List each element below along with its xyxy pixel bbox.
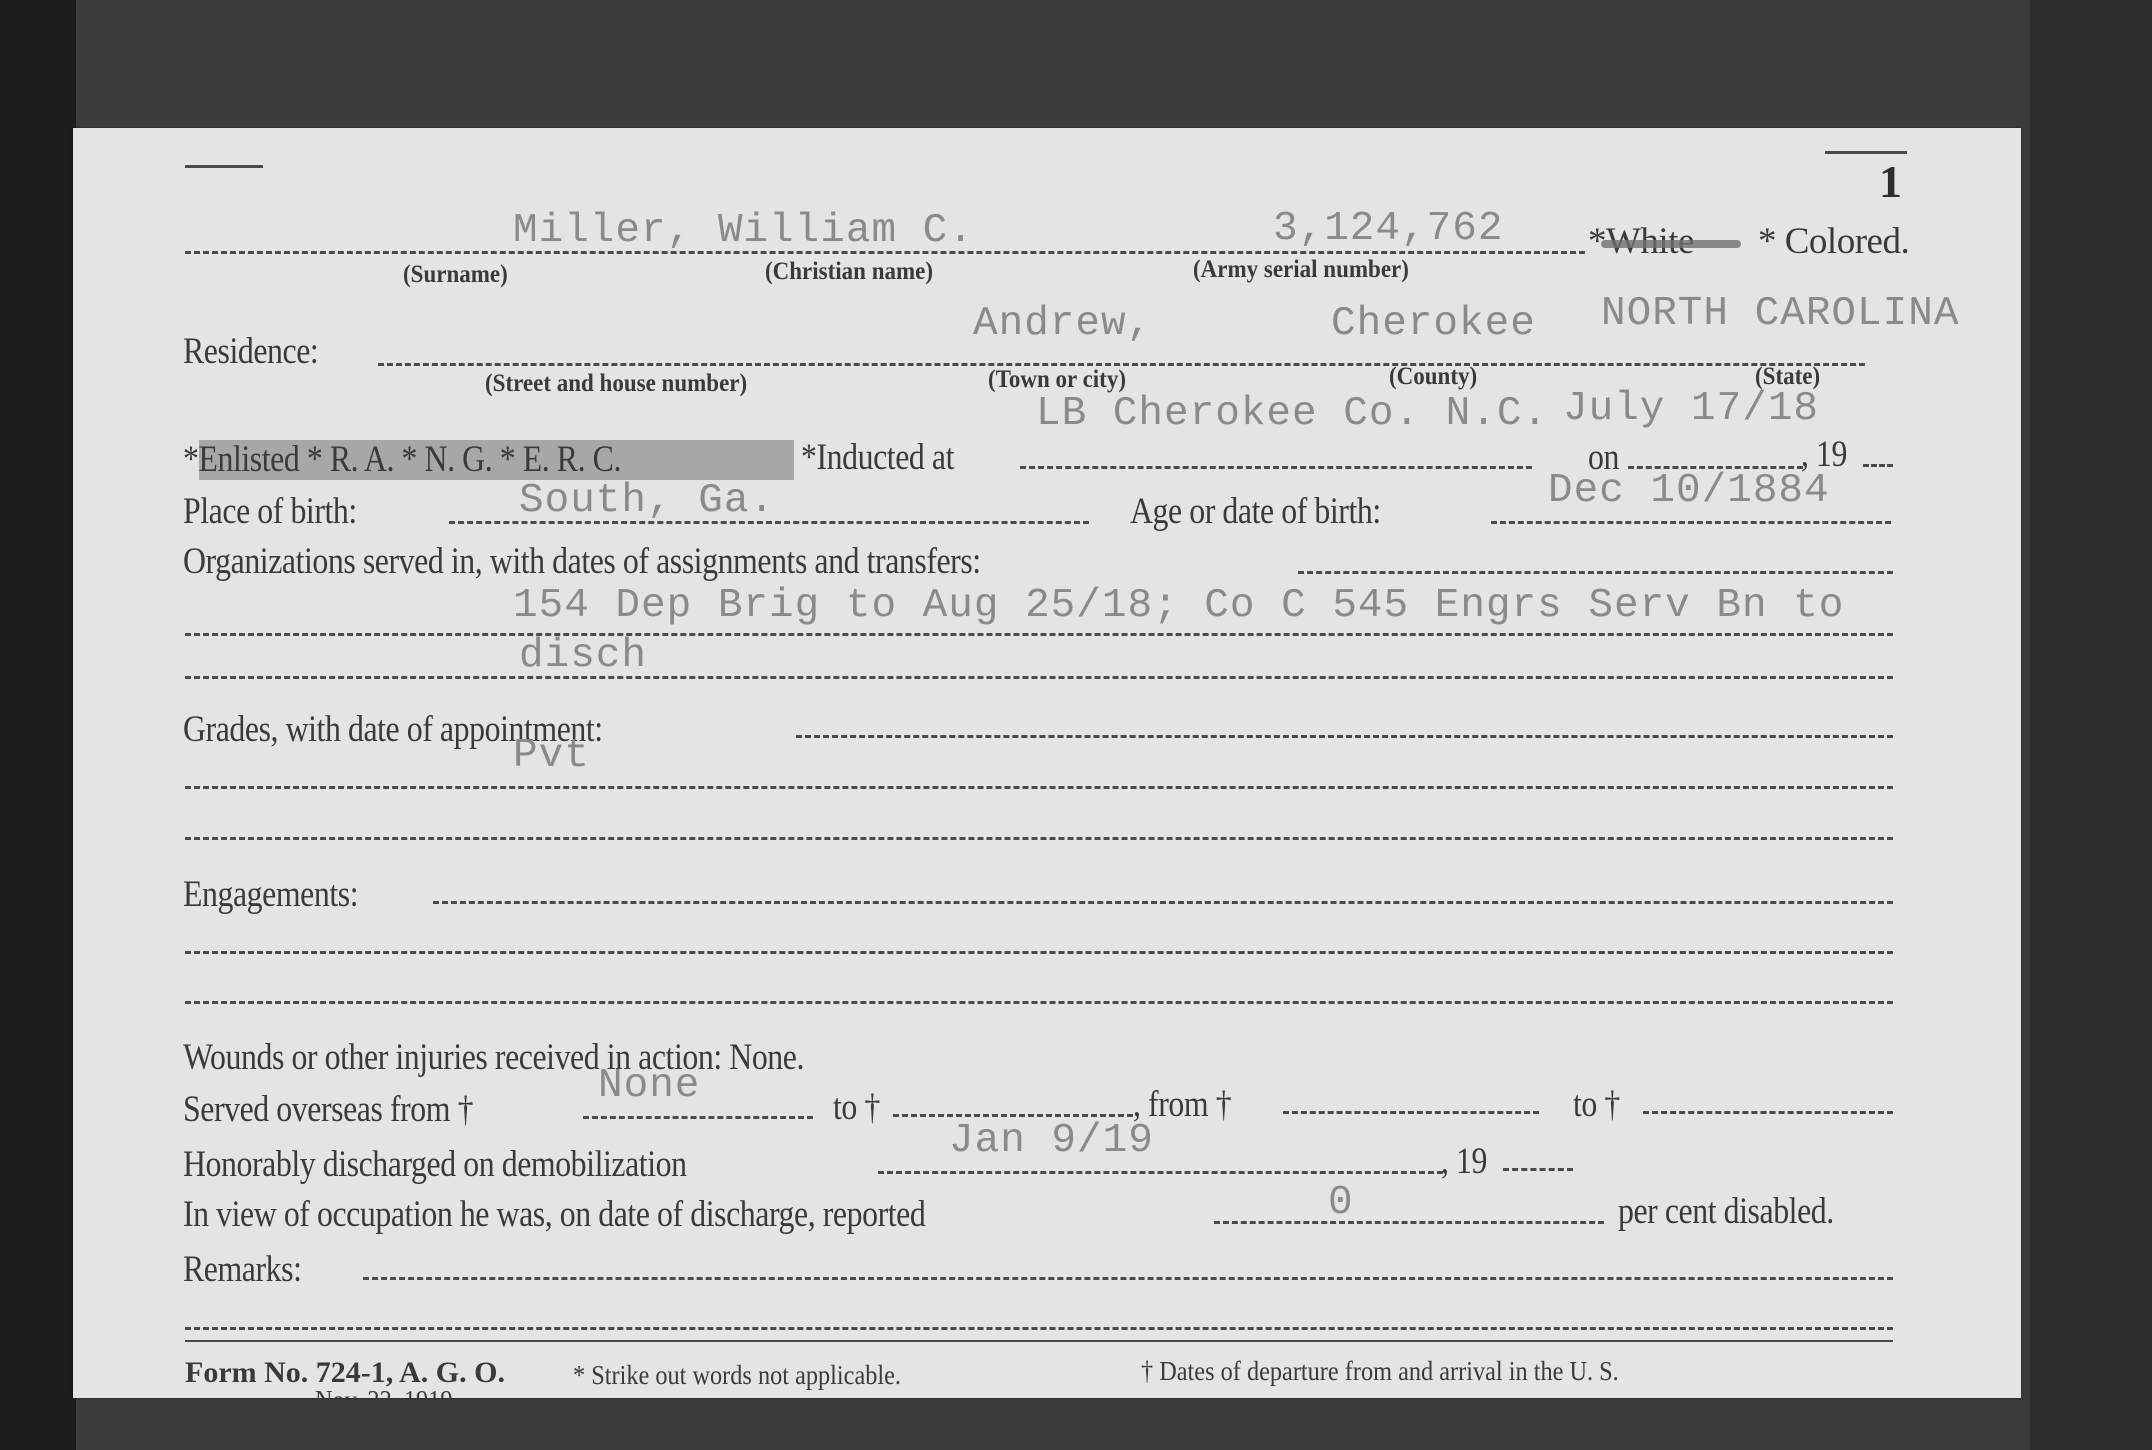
form-date: Nov. 22, 1919 <box>315 1385 452 1398</box>
age-label: Age or date of birth: <box>1130 490 1381 533</box>
grades-value: Pvt <box>513 733 590 779</box>
remarks-line-0 <box>363 1277 1893 1280</box>
age-value: Dec 10/1884 <box>1548 468 1830 514</box>
residence-label: Residence: <box>183 330 318 373</box>
overseas-from-value: None <box>598 1063 700 1109</box>
discharge-year-line <box>1503 1168 1573 1171</box>
dagger-note: † Dates of departure from and arrival in… <box>1141 1356 1619 1387</box>
discharge-line <box>878 1171 1443 1174</box>
grades-line-1 <box>185 786 1893 789</box>
page-number: 1 <box>1879 155 1902 208</box>
background-right-edge <box>2030 0 2152 1450</box>
background-left-edge <box>0 0 76 1450</box>
place-of-birth-label: Place of birth: <box>183 490 357 533</box>
discharge-date-value: Jan 9/19 <box>949 1118 1154 1164</box>
service-record-card: 1 Miller, William C. 3,124,762 *White * … <box>73 128 2021 1398</box>
top-right-rule <box>1825 151 1907 154</box>
serial-number-value: 3,124,762 <box>1273 206 1503 252</box>
remarks-label: Remarks: <box>183 1248 302 1291</box>
organizations-line-2 <box>185 676 1893 679</box>
strike-out-note: * Strike out words not applicable. <box>573 1360 901 1391</box>
christian-name-label: (Christian name) <box>765 258 933 286</box>
discharge-year-label: , 19 <box>1441 1140 1487 1183</box>
town-value: Andrew, <box>973 301 1152 347</box>
engagements-line-0 <box>433 901 1893 904</box>
name-line <box>185 251 1585 254</box>
surname-label: (Surname) <box>403 261 508 289</box>
state-value: NORTH CAROLINA <box>1601 291 1959 337</box>
white-strikethrough <box>1601 240 1741 248</box>
organizations-label: Organizations served in, with dates of a… <box>183 540 981 583</box>
overseas-to-line <box>893 1114 1133 1117</box>
discharge-label: Honorably discharged on demobilization <box>183 1143 687 1186</box>
disability-value: 0 <box>1328 1180 1354 1226</box>
top-left-rule <box>185 165 263 168</box>
engagements-line-1 <box>185 951 1893 954</box>
age-line <box>1491 521 1891 524</box>
inducted-at-label: *Inducted at <box>801 436 954 479</box>
inducted-at-line <box>1020 466 1532 469</box>
organizations-line-2-value: disch <box>519 633 647 679</box>
induction-place-value: LB Cherokee Co. N.C. <box>1036 391 1548 437</box>
organizations-line-1-value: 154 Dep Brig to Aug 25/18; Co C 545 Engr… <box>513 583 1844 629</box>
wounds-label: Wounds or other injuries received in act… <box>183 1036 804 1079</box>
remarks-line-1 <box>185 1327 1893 1330</box>
serial-number-label: (Army serial number) <box>1193 256 1409 284</box>
organizations-line-0 <box>1298 571 1893 574</box>
overseas-to-label: to † <box>833 1086 880 1129</box>
place-of-birth-line <box>449 521 1089 524</box>
induction-date-value: July 17/18 <box>1563 386 1819 432</box>
county-label: (County) <box>1389 363 1477 391</box>
town-label: (Town or city) <box>988 366 1126 394</box>
wounds-value: None. <box>729 1037 804 1078</box>
race-colored-option: * Colored. <box>1758 220 1909 263</box>
enlisted-options: *Enlisted * R. A. * N. G. * E. R. C. <box>183 438 621 481</box>
overseas-to2-line <box>1643 1111 1893 1114</box>
engagements-line-2 <box>185 1001 1893 1004</box>
disability-label: In view of occupation he was, on date of… <box>183 1193 925 1236</box>
overseas-from2-line <box>1283 1111 1539 1114</box>
disability-suffix: per cent disabled. <box>1618 1190 1834 1233</box>
disability-line <box>1214 1221 1604 1224</box>
served-overseas-label: Served overseas from † <box>183 1088 473 1131</box>
engagements-label: Engagements: <box>183 873 358 916</box>
induction-year-line <box>1863 464 1893 467</box>
place-of-birth-value: South, Ga. <box>519 478 775 524</box>
overseas-from-line <box>583 1116 813 1119</box>
footer-divider <box>185 1340 1893 1342</box>
organizations-line-1 <box>185 633 1893 636</box>
name-value: Miller, William C. <box>513 208 974 254</box>
overseas-to2-label: to † <box>1573 1083 1620 1126</box>
street-label: (Street and house number) <box>485 370 747 398</box>
county-value: Cherokee <box>1331 301 1536 347</box>
grades-line-0 <box>796 735 1893 738</box>
grades-line-2 <box>185 837 1893 840</box>
